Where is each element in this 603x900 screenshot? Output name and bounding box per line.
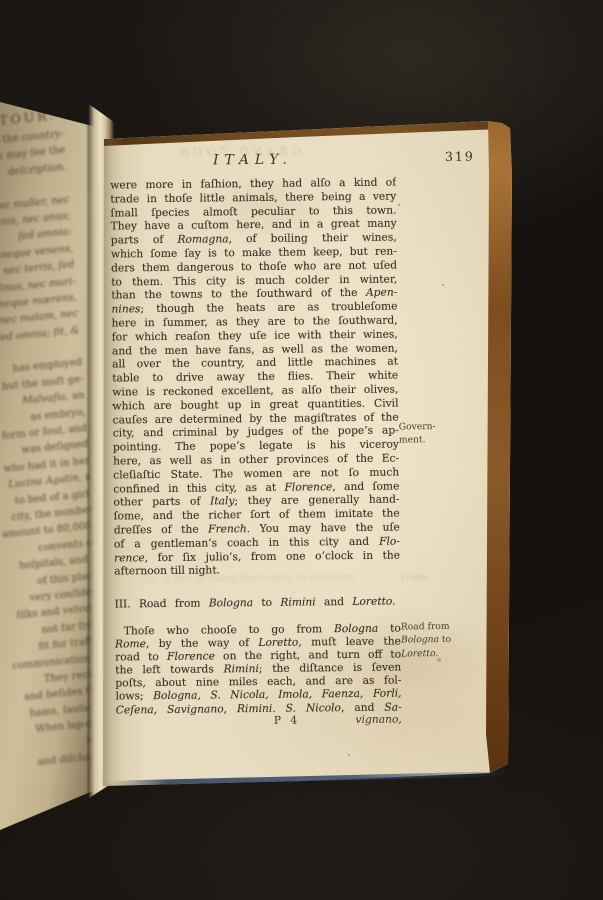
- text-line: Bologna to: [401, 633, 457, 647]
- text-line: Loretto.: [401, 647, 457, 661]
- printed-page-content: GRAND TOUR. ſue, a ſort of dairy, belong…: [94, 110, 521, 796]
- margin-note-road-from-bologna: Road fromBologna toLoretto.: [401, 620, 457, 661]
- showthrough-margin-word: Trade.: [399, 572, 429, 583]
- open-book-photograph: TOUR. As the country-you may ſee thedeſc…: [0, 0, 603, 900]
- facing-page-running-title: TOUR.: [0, 106, 71, 131]
- signature-mark: P 4: [274, 714, 301, 727]
- text-line: III. Road from Bologna to Rimini and Lor…: [114, 595, 395, 612]
- paragraph-city-description: were more in faſhion, they had alſo a ki…: [110, 175, 400, 578]
- right-page: GRAND TOUR. ſue, a ſort of dairy, belong…: [98, 114, 518, 796]
- section-heading-road-bologna-rimini-loretto: III. Road from Bologna to Rimini and Lor…: [114, 595, 395, 612]
- text-line: Road from: [401, 620, 457, 634]
- signature-row: P 4 vignano,: [116, 712, 402, 730]
- margin-note-government: Govern-ment.: [399, 420, 455, 447]
- paragraph-road-directions: Thoſe who chooſe to go from Bologna toRo…: [115, 621, 402, 716]
- text-line: Govern-: [399, 420, 455, 434]
- catchword: vignano,: [355, 712, 401, 725]
- text-line: ment.: [399, 433, 455, 447]
- running-title: ITALY.: [213, 152, 293, 169]
- text-line: afternoon till night.: [114, 562, 400, 579]
- running-head: ITALY.: [110, 147, 396, 169]
- page-number: 319: [445, 149, 475, 164]
- facing-page-edge: TOUR. As the country-you may ſee thedeſc…: [0, 86, 100, 836]
